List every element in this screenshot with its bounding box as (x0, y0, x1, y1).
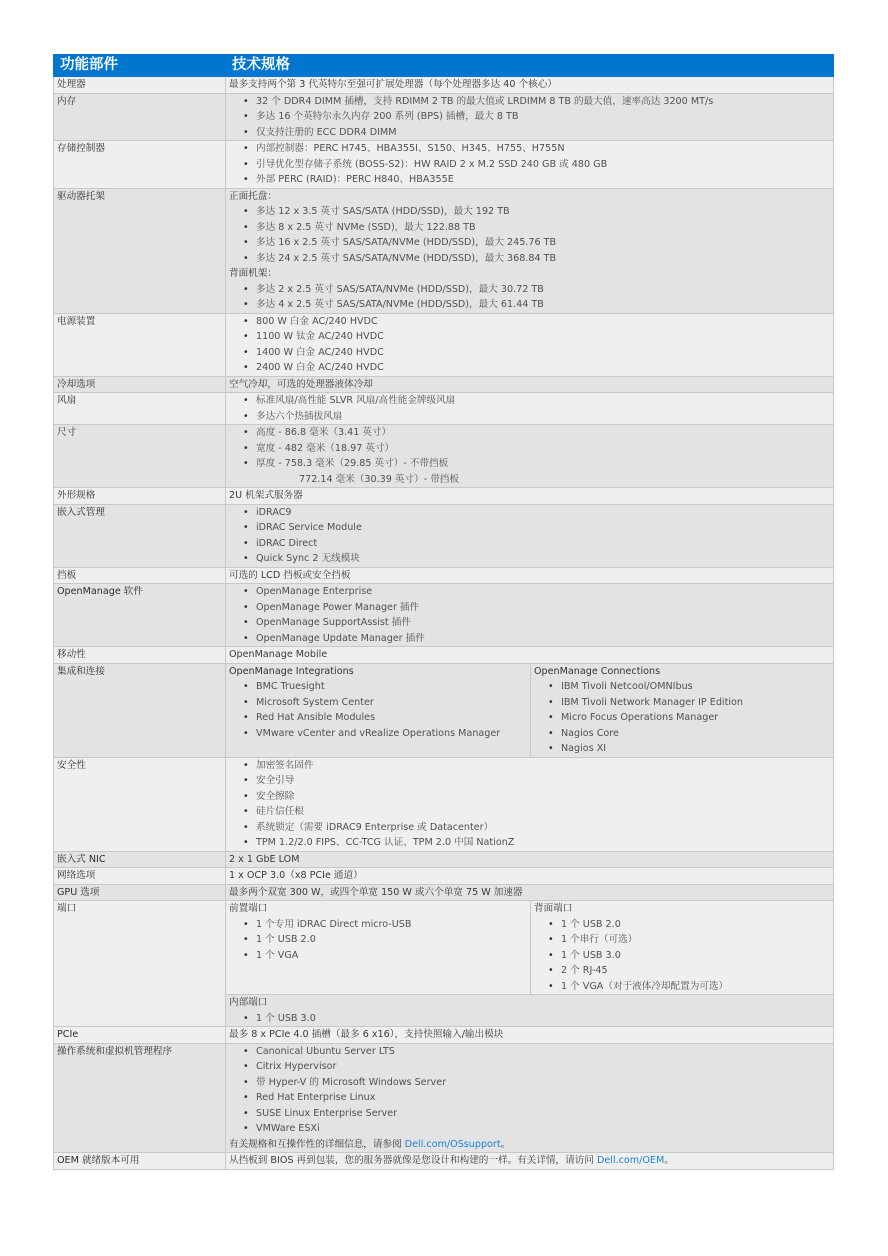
row-drive-bays: 驱动器托架 正面托盘： 多达 12 x 3.5 英寸 SAS/SATA (HDD… (54, 188, 834, 313)
list-item: 1 个 USB 2.0 (548, 917, 830, 933)
list-item: OpenManage SupportAssist 插件 (243, 615, 830, 631)
list-item: Red Hat Ansible Modules (243, 710, 527, 726)
list-item: 宽度 - 482 毫米（18.97 英寸） (243, 441, 830, 457)
os-support-note: 有关规格和互操作性的详细信息，请参阅 Dell.com/OSsupport。 (229, 1137, 830, 1153)
list-item: 32 个 DDR4 DIMM 插槽，支持 RDIMM 2 TB 的最大值或 LR… (243, 94, 830, 110)
connections-title: OpenManage Connections (534, 664, 830, 680)
list-item: 1 个 VGA（对于液体冷却配置为可选） (548, 979, 830, 995)
list-item: 1 个 USB 3.0 (243, 1011, 830, 1027)
list-item: 安全引导 (243, 773, 830, 789)
row-value: 800 W 白金 AC/240 HVDC 1100 W 钛金 AC/240 HV… (226, 313, 834, 376)
list-item: 多达 2 x 2.5 英寸 SAS/SATA/NVMe (HDD/SSD)，最大… (243, 282, 830, 298)
os-support-link[interactable]: Dell.com/OSsupport (405, 1139, 501, 1150)
list-item: 多达 12 x 3.5 英寸 SAS/SATA (HDD/SSD)，最大 192… (243, 204, 830, 220)
list-item: 1 个 VGA (243, 948, 527, 964)
list-item: 800 W 白金 AC/240 HVDC (243, 314, 830, 330)
list-item: 2 个 RJ-45 (548, 963, 830, 979)
list-item: OpenManage Power Manager 插件 (243, 600, 830, 616)
list-item: SUSE Linux Enterprise Server (243, 1106, 830, 1122)
front-bays-title: 正面托盘： (229, 189, 830, 205)
oem-link[interactable]: Dell.com/OEM (597, 1155, 664, 1166)
row-value: 可选的 LCD 挡板或安全挡板 (226, 567, 834, 584)
oem-text: 从挡板到 BIOS 再到包装，您的服务器就像是您设计和构建的一样。有关详情，请访… (229, 1155, 597, 1166)
list-item: 多达 8 x 2.5 英寸 NVMe (SSD)，最大 122.88 TB (243, 220, 830, 236)
row-integrations: 集成和连接 OpenManage Integrations BMC Truesi… (54, 663, 834, 757)
row-value: 从挡板到 BIOS 再到包装，您的服务器就像是您设计和构建的一样。有关详情，请访… (226, 1153, 834, 1170)
row-embedded-nic: 嵌入式 NIC 2 x 1 GbE LOM (54, 851, 834, 868)
note-suffix: 。 (501, 1139, 511, 1150)
list-item: Citrix Hypervisor (243, 1059, 830, 1075)
list-item: iDRAC9 (243, 505, 830, 521)
row-value: 最多 8 x PCIe 4.0 插槽（最多 6 x16），支持快照输入/输出模块 (226, 1027, 834, 1044)
row-label: 移动性 (54, 647, 226, 664)
row-value: Canonical Ubuntu Server LTS Citrix Hyper… (226, 1043, 834, 1153)
list-item: Nagios Core (548, 726, 830, 742)
list-item: 加密签名固件 (243, 758, 830, 774)
row-openmanage-software: OpenManage 软件 OpenManage Enterprise Open… (54, 584, 834, 647)
list-item: 多达 16 个英特尔永久内存 200 系列 (BPS) 插槽，最大 8 TB (243, 109, 830, 125)
row-value: 正面托盘： 多达 12 x 3.5 英寸 SAS/SATA (HDD/SSD)，… (226, 188, 834, 313)
row-label: 嵌入式管理 (54, 504, 226, 567)
row-label: OEM 就绪版本可用 (54, 1153, 226, 1170)
row-gpu-options: GPU 选项 最多两个双宽 300 W，或四个单宽 150 W 或六个单宽 75… (54, 884, 834, 901)
row-label: 驱动器托架 (54, 188, 226, 313)
list-item: VMware vCenter and vRealize Operations M… (243, 726, 527, 742)
row-security: 安全性 加密签名固件 安全引导 安全擦除 硅片信任根 系统锁定（需要 iDRAC… (54, 757, 834, 851)
row-storage-controllers: 存储控制器 内部控制器：PERC H745、HBA355I、S150、H345、… (54, 141, 834, 189)
row-bezel: 挡板 可选的 LCD 挡板或安全挡板 (54, 567, 834, 584)
row-label: 安全性 (54, 757, 226, 851)
row-label: 冷却选项 (54, 376, 226, 393)
row-value: 加密签名固件 安全引导 安全擦除 硅片信任根 系统锁定（需要 iDRAC9 En… (226, 757, 834, 851)
list-item: iDRAC Service Module (243, 520, 830, 536)
row-label: 网络选项 (54, 868, 226, 885)
header-spec: 技术规格 (226, 55, 834, 77)
row-operating-systems: 操作系统和虚拟机管理程序 Canonical Ubuntu Server LTS… (54, 1043, 834, 1153)
list-item: 安全擦除 (243, 789, 830, 805)
list-item: 多达 24 x 2.5 英寸 SAS/SATA/NVMe (HDD/SSD)，最… (243, 251, 830, 267)
integrations-column: OpenManage Integrations BMC Truesight Mi… (226, 664, 531, 757)
list-item: 1400 W 白金 AC/240 HVDC (243, 345, 830, 361)
row-label: 端口 (54, 901, 226, 1027)
row-label: 内存 (54, 93, 226, 141)
list-item: BMC Truesight (243, 679, 527, 695)
row-memory: 内存 32 个 DDR4 DIMM 插槽，支持 RDIMM 2 TB 的最大值或… (54, 93, 834, 141)
list-item: IBM Tivoli Network Manager IP Edition (548, 695, 830, 711)
row-label: 集成和连接 (54, 663, 226, 757)
oem-suffix: 。 (664, 1155, 674, 1166)
row-label: 挡板 (54, 567, 226, 584)
row-value: 标准风扇/高性能 SLVR 风扇/高性能金牌级风扇 多达六个热插拔风扇 (226, 393, 834, 425)
list-item: IBM Tivoli Netcool/OMNIbus (548, 679, 830, 695)
row-label: GPU 选项 (54, 884, 226, 901)
row-value: 高度 - 86.8 毫米（3.41 英寸） 宽度 - 482 毫米（18.97 … (226, 425, 834, 488)
row-value: 内部控制器：PERC H745、HBA355I、S150、H345、H755、H… (226, 141, 834, 189)
rear-bays-title: 背面机架： (229, 266, 830, 282)
row-value: 1 x OCP 3.0（x8 PCIe 通道） (226, 868, 834, 885)
row-value: 前置端口 1 个专用 iDRAC Direct micro-USB 1 个 US… (226, 901, 834, 1027)
list-item: 硅片信任根 (243, 804, 830, 820)
internal-ports: 内部端口 1 个 USB 3.0 (226, 994, 833, 1026)
row-label: 外形规格 (54, 488, 226, 505)
table-header: 功能部件 技术规格 (54, 55, 834, 77)
row-label: PCIe (54, 1027, 226, 1044)
list-item: 1 个 USB 3.0 (548, 948, 830, 964)
row-power-supplies: 电源装置 800 W 白金 AC/240 HVDC 1100 W 钛金 AC/2… (54, 313, 834, 376)
list-item: Micro Focus Operations Manager (548, 710, 830, 726)
row-pcie: PCIe 最多 8 x PCIe 4.0 插槽（最多 6 x16），支持快照输入… (54, 1027, 834, 1044)
row-value: 空气冷却，可选的处理器液体冷却 (226, 376, 834, 393)
integrations-title: OpenManage Integrations (229, 664, 527, 680)
list-item: Nagios XI (548, 741, 830, 757)
list-item: 多达 16 x 2.5 英寸 SAS/SATA/NVMe (HDD/SSD)，最… (243, 235, 830, 251)
row-label: 尺寸 (54, 425, 226, 488)
row-fans: 风扇 标准风扇/高性能 SLVR 风扇/高性能金牌级风扇 多达六个热插拔风扇 (54, 393, 834, 425)
row-network-options: 网络选项 1 x OCP 3.0（x8 PCIe 通道） (54, 868, 834, 885)
row-value: OpenManage Mobile (226, 647, 834, 664)
row-value: 最多支持两个第 3 代英特尔至强可扩展处理器（每个处理器多达 40 个核心） (226, 77, 834, 94)
header-feature: 功能部件 (54, 55, 226, 77)
front-ports-title: 前置端口 (229, 901, 527, 917)
list-item: 1 个串行（可选） (548, 932, 830, 948)
row-embedded-management: 嵌入式管理 iDRAC9 iDRAC Service Module iDRAC … (54, 504, 834, 567)
list-item: 外部 PERC (RAID)：PERC H840、HBA355E (243, 172, 830, 188)
list-item: iDRAC Direct (243, 536, 830, 552)
row-value: OpenManage Integrations BMC Truesight Mi… (226, 663, 834, 757)
row-processor: 处理器 最多支持两个第 3 代英特尔至强可扩展处理器（每个处理器多达 40 个核… (54, 77, 834, 94)
list-item: 1100 W 钛金 AC/240 HVDC (243, 329, 830, 345)
list-item: 引导优化型存储子系统 (BOSS-S2)：HW RAID 2 x M.2 SSD… (243, 157, 830, 173)
list-item: 标准风扇/高性能 SLVR 风扇/高性能金牌级风扇 (243, 393, 830, 409)
row-label: 电源装置 (54, 313, 226, 376)
list-item: 多达 4 x 2.5 英寸 SAS/SATA/NVMe (HDD/SSD)，最大… (243, 297, 830, 313)
row-value: 2 x 1 GbE LOM (226, 851, 834, 868)
list-item: 多达六个热插拔风扇 (243, 409, 830, 425)
list-item: Quick Sync 2 无线模块 (243, 551, 830, 567)
row-value: 2U 机架式服务器 (226, 488, 834, 505)
list-item: Red Hat Enterprise Linux (243, 1090, 830, 1106)
list-item: 高度 - 86.8 毫米（3.41 英寸） (243, 425, 830, 441)
row-label: 嵌入式 NIC (54, 851, 226, 868)
list-item: 带 Hyper-V 的 Microsoft Windows Server (243, 1075, 830, 1091)
row-value: OpenManage Enterprise OpenManage Power M… (226, 584, 834, 647)
list-item: 系统锁定（需要 iDRAC9 Enterprise 或 Datacenter） (243, 820, 830, 836)
row-label: 操作系统和虚拟机管理程序 (54, 1043, 226, 1153)
note-text: 有关规格和互操作性的详细信息，请参阅 (229, 1139, 405, 1150)
list-item: VMWare ESXi (243, 1121, 830, 1137)
list-item: TPM 1.2/2.0 FIPS、CC-TCG 认证、TPM 2.0 中国 Na… (243, 835, 830, 851)
row-dimensions: 尺寸 高度 - 86.8 毫米（3.41 英寸） 宽度 - 482 毫米（18.… (54, 425, 834, 488)
row-mobility: 移动性 OpenManage Mobile (54, 647, 834, 664)
list-item: 2400 W 白金 AC/240 HVDC (243, 360, 830, 376)
row-form-factor: 外形规格 2U 机架式服务器 (54, 488, 834, 505)
dimension-with-bezel: 772.14 毫米（30.39 英寸）- 带挡板 (229, 472, 830, 488)
row-value: 最多两个双宽 300 W，或四个单宽 150 W 或六个单宽 75 W 加速器 (226, 884, 834, 901)
row-label: 存储控制器 (54, 141, 226, 189)
rear-ports-title: 背面端口 (534, 901, 830, 917)
spec-sheet: 功能部件 技术规格 处理器 最多支持两个第 3 代英特尔至强可扩展处理器（每个处… (53, 54, 834, 1170)
spec-table: 功能部件 技术规格 处理器 最多支持两个第 3 代英特尔至强可扩展处理器（每个处… (53, 54, 834, 1170)
list-item: OpenManage Enterprise (243, 584, 830, 600)
list-item: 内部控制器：PERC H745、HBA355I、S150、H345、H755、H… (243, 141, 830, 157)
row-label: 处理器 (54, 77, 226, 94)
list-item: Canonical Ubuntu Server LTS (243, 1044, 830, 1060)
row-ports: 端口 前置端口 1 个专用 iDRAC Direct micro-USB 1 个… (54, 901, 834, 1027)
rear-ports-column: 背面端口 1 个 USB 2.0 1 个串行（可选） 1 个 USB 3.0 2… (531, 901, 833, 994)
list-item: 1 个专用 iDRAC Direct micro-USB (243, 917, 527, 933)
row-value: iDRAC9 iDRAC Service Module iDRAC Direct… (226, 504, 834, 567)
row-label: OpenManage 软件 (54, 584, 226, 647)
list-item: 厚度 - 758.3 毫米（29.85 英寸）- 不带挡板 (243, 456, 830, 472)
connections-column: OpenManage Connections IBM Tivoli Netcoo… (531, 664, 833, 757)
list-item: 1 个 USB 2.0 (243, 932, 527, 948)
row-oem: OEM 就绪版本可用 从挡板到 BIOS 再到包装，您的服务器就像是您设计和构建… (54, 1153, 834, 1170)
row-value: 32 个 DDR4 DIMM 插槽，支持 RDIMM 2 TB 的最大值或 LR… (226, 93, 834, 141)
internal-ports-title: 内部端口 (229, 995, 830, 1011)
row-cooling: 冷却选项 空气冷却，可选的处理器液体冷却 (54, 376, 834, 393)
list-item: Microsoft System Center (243, 695, 527, 711)
list-item: 仅支持注册的 ECC DDR4 DIMM (243, 125, 830, 141)
list-item: OpenManage Update Manager 插件 (243, 631, 830, 647)
front-ports-column: 前置端口 1 个专用 iDRAC Direct micro-USB 1 个 US… (226, 901, 531, 994)
row-label: 风扇 (54, 393, 226, 425)
